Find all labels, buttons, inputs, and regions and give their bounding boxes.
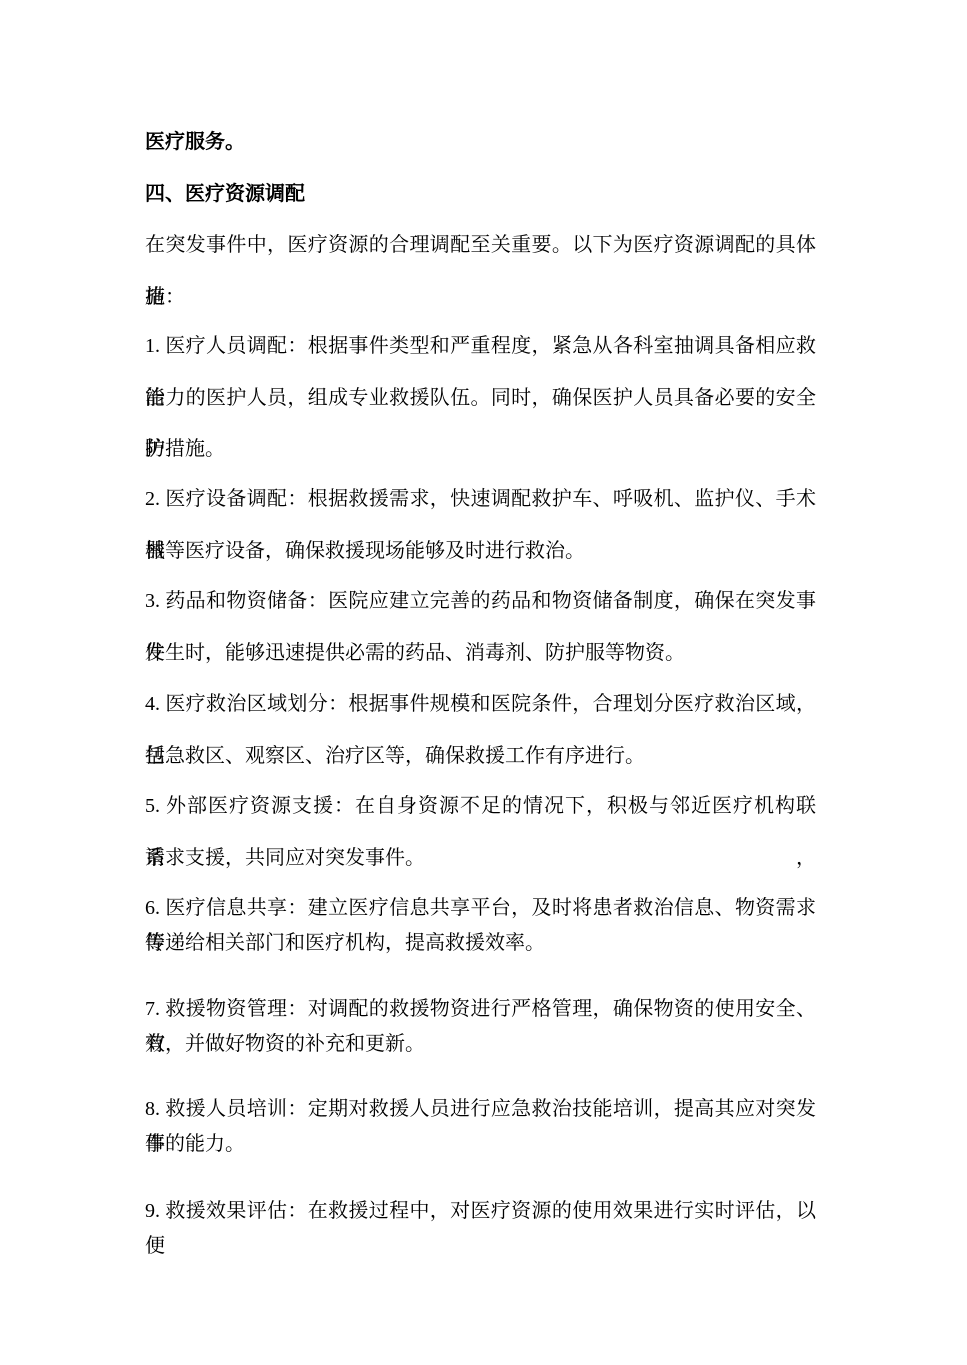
section-heading: 四、医疗资源调配: [145, 169, 816, 221]
text-line: 8. 救援人员培训：定期对救援人员进行应急救治技能培训，提高其应对突发事: [145, 1092, 816, 1127]
list-item-7: 7. 救援物资管理：对调配的救援物资进行严格管理，确保物资的使用安全、有 效，并…: [145, 992, 816, 1062]
list-item-6: 6. 医疗信息共享：建立医疗信息共享平台，及时将患者救治信息、物资需求等 传递给…: [145, 891, 816, 961]
text-line: 在突发事件中，医疗资源的合理调配至关重要。以下为医疗资源调配的具体措: [145, 220, 816, 272]
list-item-3: 3. 药品和物资储备：医院应建立完善的药品和物资储备制度，确保在突发事件 发生时…: [145, 576, 816, 679]
text-line: 1. 医疗人员调配：根据事件类型和严重程度，紧急从各科室抽调具备相应救治: [145, 321, 816, 373]
text-line: 2. 医疗设备调配：根据救援需求，快速调配救护车、呼吸机、监护仪、手术器: [145, 474, 816, 526]
text-line: 施：: [145, 272, 816, 324]
list-item-1: 1. 医疗人员调配：根据事件类型和严重程度，紧急从各科室抽调具备相应救治 能力的…: [145, 321, 816, 476]
list-item-4: 4. 医疗救治区域划分：根据事件规模和医院条件，合理划分医疗救治区域，包 括急救…: [145, 679, 816, 782]
text-line: 传递给相关部门和医疗机构，提高救援效率。: [145, 926, 816, 961]
text-line: 5. 外部医疗资源支援：在自身资源不足的情况下，积极与邻近医疗机构联系，: [145, 781, 816, 833]
text-line: 7. 救援物资管理：对调配的救援物资进行严格管理，确保物资的使用安全、有: [145, 992, 816, 1027]
text-line: 能力的医护人员，组成专业救援队伍。同时，确保医护人员具备必要的安全防: [145, 373, 816, 425]
text-line: 护措施。: [145, 424, 816, 476]
list-item-2: 2. 医疗设备调配：根据救援需求，快速调配救护车、呼吸机、监护仪、手术器 械等医…: [145, 474, 816, 577]
list-item-9: 9. 救援效果评估：在救援过程中，对医疗资源的使用效果进行实时评估，以便: [145, 1194, 816, 1229]
text-line: 械等医疗设备，确保救援现场能够及时进行救治。: [145, 526, 816, 578]
text-line: 4. 医疗救治区域划分：根据事件规模和医院条件，合理划分医疗救治区域，包: [145, 679, 816, 731]
text-line: 医疗服务。: [145, 117, 816, 169]
text-line: 6. 医疗信息共享：建立医疗信息共享平台，及时将患者救治信息、物资需求等: [145, 891, 816, 926]
heading-text: 四、医疗资源调配: [145, 169, 816, 221]
leading-paragraph: 医疗服务。: [145, 117, 816, 169]
text-line: 括急救区、观察区、治疗区等，确保救援工作有序进行。: [145, 731, 816, 783]
list-item-8: 8. 救援人员培训：定期对救援人员进行应急救治技能培训，提高其应对突发事 件的能…: [145, 1092, 816, 1162]
intro-paragraph: 在突发事件中，医疗资源的合理调配至关重要。以下为医疗资源调配的具体措 施：: [145, 220, 816, 323]
text-line: 9. 救援效果评估：在救援过程中，对医疗资源的使用效果进行实时评估，以便: [145, 1194, 816, 1229]
list-item-5: 5. 外部医疗资源支援：在自身资源不足的情况下，积极与邻近医疗机构联系， 请求支…: [145, 781, 816, 884]
text-line: 发生时，能够迅速提供必需的药品、消毒剂、防护服等物资。: [145, 628, 816, 680]
text-line: 效，并做好物资的补充和更新。: [145, 1027, 816, 1062]
text-line: 3. 药品和物资储备：医院应建立完善的药品和物资储备制度，确保在突发事件: [145, 576, 816, 628]
document-page: 医疗服务。 四、医疗资源调配 在突发事件中，医疗资源的合理调配至关重要。以下为医…: [0, 0, 967, 1365]
text-line: 件的能力。: [145, 1127, 816, 1162]
